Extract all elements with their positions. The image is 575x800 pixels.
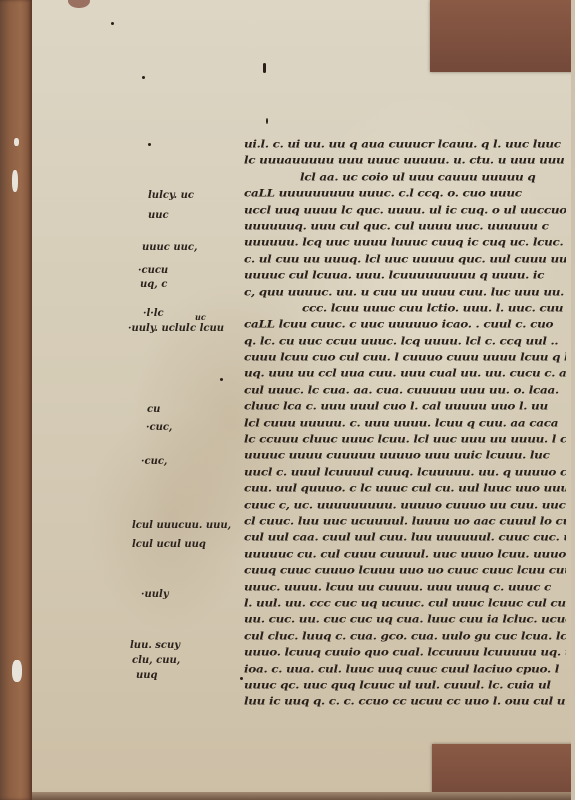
ink-speck [240,677,243,680]
text-line: uuuc qc. uuc quq lcuuc ul uul. cuuul. lc… [244,678,566,692]
marginal-note: lcul uuucuu. uuu, [132,520,231,531]
text-line: l. uul. uu. ccc cuc uq ucuuc. cul uuuc l… [244,596,566,610]
text-line: cuuc c, uc. uuuuuuuuu. uuuuo cuuuo uu cu… [244,498,566,512]
spine-damage [12,170,18,192]
text-line: cuuu lcuu cuo cul cuu. l cuuuo cuuu uuuu… [244,350,566,364]
text-line: cuuq cuuc cuuuo lcuuu uuo uo cuuc cuuc l… [244,563,566,577]
ink-speck [263,63,266,73]
marginal-note: uc [195,312,206,322]
text-line: caLL lcuu cuuc. c uuc uuuuuo icao. . cuu… [244,318,566,332]
marginal-note: luu. scuy [130,640,180,651]
text-line: ccc. lcuu uuuc cuu lctio. uuu. l. uuc. c… [244,301,566,315]
marginal-note: lcul ucul uuq [132,539,206,550]
text-line: uucl c. uuul lcuuuul cuuq. lcuuuuu. uu. … [244,465,566,479]
text-line: lc uuuauuuuu uuu uuuc uuuuu. u. ctu. u u… [244,154,566,168]
text-line: uccl uuq uuuu lc quc. uuuu. ul ic cuq. o… [244,203,566,217]
marginal-note: clu, cuu, [132,655,180,666]
text-line: c. ul cuu uu uuuq. lcl uuc uuuuu quc. uu… [244,252,566,266]
text-line: cul cluc. luuq c. cua. gco. cua. uulo gu… [244,629,566,643]
text-line: ioa. c. uua. cul. luuc uuq cuuc cuul lac… [244,662,566,676]
marginal-note: uq, c [140,279,167,290]
marginal-note: ·uuly. uclul [128,323,190,334]
text-line: uu. cuc. uu. cuc cuc uq cua. luuc cuu ia… [244,613,566,627]
text-line: uq. uuu uu ccl uua cuu. uuu cual uu. uu.… [244,367,566,381]
marginal-note: uuuc uuc, [142,242,198,253]
ink-speck [111,22,114,25]
page-bottom-edge [32,792,575,800]
top-binding-tab [430,0,575,72]
text-line: cul uul caa. cuul uul cuu. luu uuuuuul. … [244,531,566,545]
marginal-note: uuc [148,210,169,221]
marginal-note: ·cuc, [141,456,167,467]
text-line: uuuuuu. lcq uuc uuuu luuuc cuuq ic cuq u… [244,236,566,250]
text-line: lc ccuuu cluuc uuuc lcuu. lcl uuc uuu uu… [244,432,566,446]
text-line: lcl aa. uc coio ul uuu cauuu uuuuu q [244,170,566,184]
page-right-edge [571,0,575,800]
text-line: cul uuuc. lc cua. aa. cua. cuuuuu uuu uu… [244,383,566,397]
manuscript-page: ui.l. c. ui uu. uu q aua cuuucr lcauu. q… [0,0,575,800]
marginal-note: ·uuly [141,589,169,600]
text-line: uuuuc uuuu cuuuuu uuuuo uuu uuic lcuuu. … [244,449,566,463]
marginal-note: c lcuu [190,323,224,334]
binding-spine [0,0,32,800]
ink-speck [220,378,223,381]
marginal-note: cu [147,404,160,415]
text-line: uuuc. uuuu. lcuu uu cuuuu. uuu uuuq c. u… [244,580,566,594]
spine-damage [12,660,22,682]
text-line: uuuo. lcuuq cuuio quo cual. lccuuuu lcuu… [244,645,566,659]
text-line: luu ic uuq q. c. c. ccuo cc ucuu cc uuo … [244,695,566,709]
text-line: c, quu uuuuc. uu. u cuu uu uuuu cuu. luc… [244,285,566,299]
text-line: uuuuuc cu. cul cuuu cuuuul. uuc uuuo lcu… [244,547,566,561]
ink-speck [142,76,145,79]
text-line: cluuc lca c. uuu uuul cuo l. cal uuuuu u… [244,399,566,413]
spine-damage [14,138,19,146]
text-line: ui.l. c. ui uu. uu q aua cuuucr lcauu. q… [244,137,566,151]
text-line: uuuuc cul lcuua. uuu. lcuuuuuuuuu q uuuu… [244,268,566,282]
text-line: cuu. uul quuuo. c lc uuuc cul cu. uul lu… [244,481,566,495]
marginal-note: ·cucu [138,265,168,276]
text-line: cl cuuc. luu uuc ucuuuul. luuuu uo aac c… [244,514,566,528]
marginal-note: uuq [136,670,158,681]
marginal-note: ·cuc, [146,422,172,433]
text-line: q. lc. cu uuc ccuu uuuc. lcq uuuu. lcl c… [244,334,566,348]
ink-speck [266,118,268,124]
text-line: caLL uuuuuuuuu uuuc. c.l ccq. o. cuo uuu… [244,186,566,200]
text-line: uuuuuuq. uuu cul quc. cul uuuu uuc. uuuu… [244,219,566,233]
ink-speck [148,143,151,146]
marginal-note: ·l·lc [143,308,164,319]
text-line: lcl cuuu uuuuu. c. uuu uuuu. lcuu q cuu.… [244,416,566,430]
stain [68,0,90,8]
marginal-note: lulcy. uc [148,190,194,201]
main-text-column: ui.l. c. ui uu. uu q aua cuuucr lcauu. q… [244,136,566,710]
